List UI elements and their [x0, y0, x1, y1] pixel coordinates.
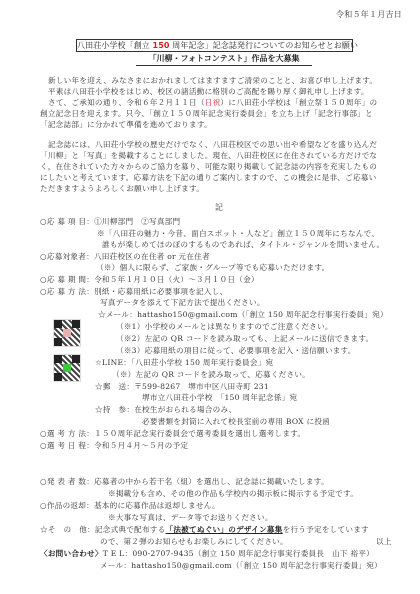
intro-line-3: さて、ご承知の通り、令和６年２月１１日（日祝）に八田荘小学校は「創立祭１５０周年… [48, 97, 377, 108]
item-categories-note-1: ※「八田荘の魅力・今昔、面白スポット・人など」創立１５０周年にちなんで、 [97, 228, 379, 239]
intro-line-5: 「記念誌部」に分かれて準備を進めております。 [40, 119, 212, 130]
item-eligibility: ○応募対象者：八田荘校区の在住者 or 元在住者 [40, 251, 210, 262]
item-method-post: ☆郵 送：〒599-8267 堺市中区八田寺町 231 [95, 381, 269, 392]
item-method-post-2: 堺市立八田荘小学校 「150 周年記念係」宛 [142, 392, 297, 403]
title-text-pre: 八田荘小学校「創立 [77, 41, 153, 50]
intro-line-6: 記念誌には、八田荘小学校の歴史だけでなく、八田荘校区での思い出や希望などを盛り込… [48, 139, 377, 150]
intro-line-3-post: ）に八田荘小学校は「創立祭１５０周年」の [220, 98, 377, 107]
item-other-2: ので、第２弾のお知らせもお楽しみにしてください。 [100, 536, 288, 547]
closing-ijou: 以上 [376, 536, 392, 547]
intro-line-2: 平素は八田荘小学校をはじめ、校区の諸活動に格別のご高配を賜り厚く御礼申し上げます… [48, 86, 369, 97]
item-method-line: ☆LINE：「八田荘小学校 150 周年実行委員会」宛 [95, 357, 273, 368]
document-title: 八田荘小学校「創立 150 周年記念」記念誌発行についてのお知らせとお願い [76, 39, 353, 52]
item-categories: ○応 募 項 目：①川柳部門 ②写真部門 [40, 216, 180, 227]
line-qr-accent [63, 364, 71, 372]
intro-line-1: 新しい年を迎え、みなさまにおかれましてはますますご清栄のことと、お喜び申し上げま… [48, 75, 377, 86]
mail-qr-code-icon[interactable] [53, 319, 81, 347]
item-method-mail: ☆メール：hattasho150@gmail.com（「創立 150 周年記念行… [98, 309, 388, 320]
document-date: 令和５年１月吉日 [336, 9, 402, 20]
intro-line-8: く，在住されていた方々からのご協力を募り、可能な限り掲載して記念誌の内容を充実し… [40, 161, 377, 172]
item-other: ☆そ の 他：記念式典で配布する「法被てぬぐい」のデザイン募集を行う予定をしてい… [40, 524, 369, 535]
document-subtitle: 「川柳・フォトコンテスト」作品を大募集 [136, 53, 312, 66]
item-other-post: を行う予定をしています [283, 525, 369, 534]
item-method-2: 写真データを添えて下記方法で提出ください。 [100, 297, 265, 308]
item-method-bring-2: 必要書類を封筒に入れて校長室前の専用 BOX に投函 [142, 416, 330, 427]
item-other-pre: ☆そ の 他：記念式典で配布する [40, 525, 166, 534]
contact-mail: メール：hattasho150@gmail.com（「創立 150 周年記念行事… [100, 560, 382, 571]
contact-tel: 〈お問い合わせ〉T E L：090-2707-9435（創立 150 周年記念行… [40, 548, 374, 559]
item-winners-note: ※掲載分も含め、その他の作品も学校内の掲示板に掲示する予定です。 [108, 488, 358, 499]
ki-heading: 記 [215, 202, 223, 213]
intro-line-9: にしたいと考えています。応募方法を下記の通りご案内しますので、この機会に是非、ご… [40, 172, 377, 183]
tenugui-design-highlight: 「法被てぬぐい」のデザイン募集 [166, 525, 283, 534]
item-eligibility-note: （※）個人に限らず、ご家族・グループ等でも応募いただけます。 [96, 262, 330, 273]
contact-label: 〈お問い合わせ〉 [40, 549, 103, 558]
contact-tel-text: T E L：090-2707-9435（創立 150 周年記念行事実行委員長 山… [103, 549, 374, 558]
item-period: ○応 募 期 間：令和５年１月１０日（火）～３月１０日（金） [40, 274, 259, 285]
item-categories-note-2: 誰もが楽しめてほのぼのするものであれば、タイトル・ジャンルを問いません。 [102, 239, 384, 250]
mail-note-2: （※2）左記の QR コードを読み取っても、上記メールに送信できます。 [116, 333, 373, 344]
intro-line-4: 創立記念日を迎えます。只今、「創立１５０周年記念実行委員会」を立ち上げ「記念行事… [40, 108, 373, 119]
line-qr-code-icon[interactable] [53, 354, 81, 382]
mail-note-3: （※3）応募用紙の項目に従って、必要事項を記入・送信願います。 [116, 345, 356, 356]
item-selection-method: ○選 考 方 法：１５０周年記念実行委員会で選考委員を選出し選考します。 [40, 428, 305, 439]
item-method-bring: ☆持 参：在校生がおられる場合のみ、 [95, 404, 237, 415]
line-note: （※）左記の QR コードを読み取って、応募ください。 [112, 369, 310, 380]
mail-note-1: （※1）小学校のメールとは異なりますのでご注意ください。 [116, 321, 333, 332]
item-selection-schedule: ○選 考 日 程：令和５月４月～５月の予定 [40, 440, 188, 451]
title-anniversary-number: 150 [153, 41, 170, 50]
title-text-post: 周年記念」記念誌発行についてのお知らせとお願い [170, 41, 359, 50]
item-return-note: ※大事な写真は、データ等でお送りください。 [108, 512, 273, 523]
intro-line-7: 「川柳」と「写真」を掲載することにしました。現在、八田荘校区に在住されている方だ… [40, 150, 377, 161]
item-winners: ○発 表 者 数：応募者の中から若干名（組）を選出し、記念誌に掲載いたします。 [40, 476, 329, 487]
holiday-text: 日祝 [205, 98, 221, 107]
intro-line-3-pre: さて、ご承知の通り、令和６年２月１１日（ [48, 98, 205, 107]
item-method: ○応 募 方 法：別紙・応募用紙に必要事項を記入し、 [40, 286, 227, 297]
item-return: ○作品の返却：基本的に応募作品は返却しません。 [40, 500, 220, 511]
mail-qr-accent [63, 329, 71, 337]
intro-line-10: ただきますようよろしくお願い申し上げます。 [40, 183, 204, 194]
